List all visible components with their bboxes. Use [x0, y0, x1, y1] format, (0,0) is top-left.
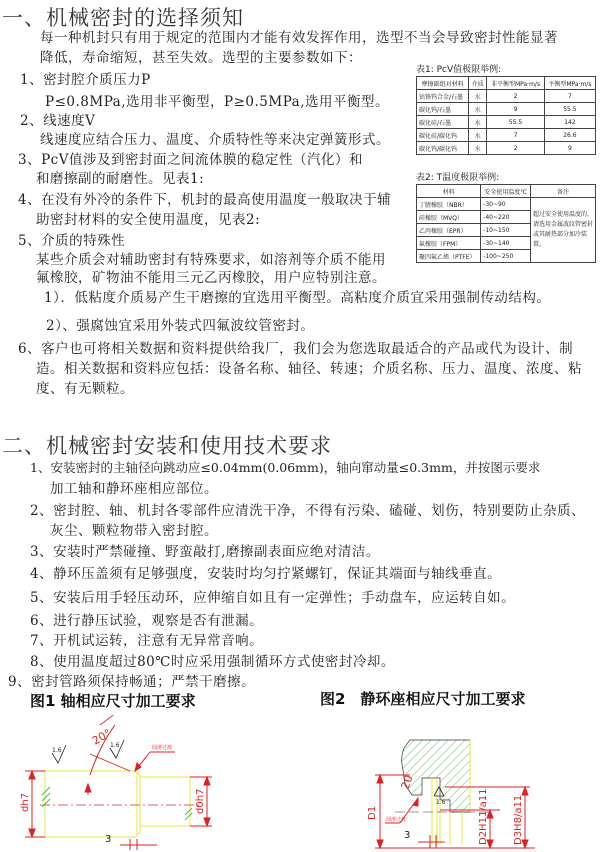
table-cell: 乙丙橡胶（EPR）	[417, 224, 481, 237]
table-cell: 7	[487, 129, 545, 142]
table-cell: 水	[469, 103, 487, 116]
table-cell: 水	[469, 116, 487, 129]
item2-title: 2、线速度V	[20, 113, 95, 129]
s2-item7: 7、开机试运转，注意有无异常音响。	[30, 633, 263, 649]
item5-title: 5、介质的特殊性	[18, 233, 125, 249]
item5-line-1: 某些介质会对辅助密封有特殊要求，如溶剂等介质不能用	[36, 252, 386, 268]
dim-d0h7: d0h7	[195, 789, 206, 814]
table-cell: 2	[487, 90, 545, 103]
table-cell: 9	[544, 142, 595, 155]
s2-item4: 4、静环压盖须有足够强度，安装时均匀拧紧螺钉，保证其端面与轴线垂直。	[30, 566, 501, 582]
dim-d3: D3H8/a11	[513, 795, 524, 845]
shaft-dimension-drawing: 20° 1.6 1.6 圆滑过渡 dh7 d0h7 3	[0, 715, 300, 852]
table-header: 备注	[531, 185, 596, 198]
s2-item3: 3、安装时严禁碰撞、野蛮敲打,磨擦副表面应绝对清洁。	[30, 544, 380, 560]
roughness-label: 1.6	[436, 799, 446, 806]
intro-line-2: 降低，寿命缩短，甚至失效。选型的主要参数如下：	[40, 50, 362, 66]
table-cell: 水	[469, 129, 487, 142]
table-row: 碳化硅/石墨 水 55.5 142	[417, 116, 596, 129]
table-header-row: 材料 安全使用温度℃ 备注	[417, 185, 596, 198]
table-row: 碳化硅/碳化钨 水 7 26.6	[417, 129, 596, 142]
smooth-transition-note: 圆滑过渡	[152, 744, 172, 751]
table-cell: -40~220	[481, 211, 531, 224]
table-header: 介质	[469, 77, 487, 90]
item4-line-2: 助密封材料的安全使用温度，见表2:	[36, 212, 260, 228]
table-header: 平衡型MPa·m/s	[544, 77, 595, 90]
figure2-title: 图2 静环座相应尺寸加工要求	[320, 688, 525, 709]
table-cell: 7	[544, 90, 595, 103]
table-row: 碳化钨/石墨 水 9 55.5	[417, 103, 596, 116]
dim-3: 3	[404, 830, 410, 841]
section2-heading: 二、机械密封安装和使用技术要求	[2, 430, 332, 460]
item4-line-1: 4、在没有外冷的条件下，机封的最高使用温度一般取决于辅	[18, 192, 391, 208]
table-cell: 55.5	[487, 116, 545, 129]
table-row: 碳化钨/碳化钨 水 2 9	[417, 142, 596, 155]
s2-item9: 9、密封管路须保持畅通；严禁干磨擦。	[8, 674, 255, 690]
table-cell: 碳化硅/石墨	[417, 116, 469, 129]
item5-sub-1: 1）．低粘度介质易产生干磨擦的宜选用平衡型。高粘度介质宜采用强制传动结构。	[44, 290, 550, 306]
table-cell: 55.5	[544, 103, 595, 116]
table-cell: 2	[487, 142, 545, 155]
table-header: 材料	[417, 185, 481, 198]
s2-item1-line-2: 加工轴和静环座相应部位。	[50, 481, 218, 497]
table-cell: 丁腈橡胶（NBR）	[417, 198, 481, 211]
table-cell: 142	[544, 116, 595, 129]
intro-line-1: 每一种机封只有用于规定的范围内才能有效发挥作用，选型不当会导致密封性能显著	[40, 30, 558, 46]
table-cell: -100~250	[481, 250, 531, 263]
table-header: 非平衡型MPa·m/s	[487, 77, 545, 90]
table-note: 超过安全使用温度的，请选用金属波纹管密封或其耐热部分加冷装置。	[531, 198, 596, 263]
section1-heading: 一、机械密封的选择须知	[2, 2, 244, 32]
roughness-label: 1.6	[110, 742, 120, 749]
item3-line-2: 和磨擦副的耐磨性。见表1:	[36, 171, 204, 187]
item2-text: 线速度应结合压力、温度、介质特性等来决定弹簧形式。	[40, 132, 390, 148]
table2-caption: 表2: T温度极限举例:	[416, 170, 499, 183]
item5-sub-2: 2）、强腐蚀宜采用外装式四氟波纹管密封。	[46, 318, 314, 334]
table-cell: 碳化硅/碳化钨	[417, 129, 469, 142]
s2-item8: 8、使用温度超过80℃时应采用强制循环方式使密封冷却。	[30, 654, 395, 670]
dim-d2: D2H11/a11	[478, 788, 489, 845]
table-cell: 氟橡胶（FPM）	[417, 237, 481, 250]
dim-dh7: dh7	[20, 793, 31, 812]
item3-line-1: 3、PcV值涉及到密封面之间流体膜的稳定性（汽化）和	[18, 152, 363, 168]
s2-item2-line-2: 灰尘、颗粒物带入密封腔。	[50, 523, 218, 539]
table-header: 安全使用温度℃	[481, 185, 531, 198]
table-cell: 水	[469, 142, 487, 155]
table-cell: -10~150	[481, 224, 531, 237]
roughness-label: 1.6	[52, 747, 62, 754]
pcv-limit-table: 摩擦副组对材料 介质 非平衡型MPa·m/s 平衡型MPa·m/s 钴铬钨合金/…	[416, 76, 596, 155]
table-cell: -30~90	[481, 198, 531, 211]
item6-line-3: 度、有无颗粒。	[36, 381, 134, 397]
table-cell: 水	[469, 90, 487, 103]
table-cell: 碳化钨/石墨	[417, 103, 469, 116]
table-cell: 碳化钨/碳化钨	[417, 142, 469, 155]
item1-title: 1、密封腔介质压力P	[20, 72, 151, 88]
temperature-limit-table: 材料 安全使用温度℃ 备注 丁腈橡胶（NBR） -30~90 超过安全使用温度的…	[416, 184, 596, 263]
dim-3: 3	[105, 834, 111, 845]
item6-line-1: 6、客户也可将相关数据和资料提供给我厂，我们会为您选取最适合的产品或代为设计、制	[18, 341, 573, 357]
figure1-title: 图1 轴相应尺寸加工要求	[30, 690, 196, 711]
table-header-row: 摩擦副组对材料 介质 非平衡型MPa·m/s 平衡型MPa·m/s	[417, 77, 596, 90]
s2-item5: 5、安装后用手轻压动环，应伸缩自如且有一定弹性；手动盘车，应运转自如。	[30, 590, 515, 606]
s2-item2-line-1: 2、密封腔、轴、机封各零部件应清洗干净，不得有污染、磕碰、划伤，特别要防止杂质、	[30, 503, 585, 519]
table1-caption: 表1: PcV值极限举例:	[416, 62, 501, 75]
item1-text: P≤0.8MPa,选用非平衡型，P≥0.5MPa,选用平衡型。	[45, 94, 389, 110]
seal-seat-dimension-drawing: 20 1.6 圆滑过渡 D1 D2H11/a11 D3H8/a11 3	[300, 715, 600, 852]
table-cell: 9	[487, 103, 545, 116]
table-row: 丁腈橡胶（NBR） -30~90 超过安全使用温度的，请选用金属波纹管密封或其耐…	[417, 198, 596, 211]
table-header: 摩擦副组对材料	[417, 77, 469, 90]
smooth-transition-note: 圆滑过渡	[386, 816, 406, 823]
dim-d1: D1	[367, 806, 378, 820]
table-cell: 硅橡胶（MVQ）	[417, 211, 481, 224]
s2-item6: 6、进行静压试验，观察是否有泄漏。	[30, 613, 263, 629]
s2-item1-line-1: 1、安装密封的主轴径向跳动应≤0.04mm(0.06mm)，轴向窜动量≤0.3m…	[30, 460, 540, 476]
table-cell: 26.6	[544, 129, 595, 142]
table-cell: 聚四氟乙烯（PTFE）	[417, 250, 481, 263]
item5-line-2: 氟橡胶，矿物油不能用三元乙丙橡胶，用户应特别注意。	[36, 270, 386, 286]
table-cell: 钴铬钨合金/石墨	[417, 90, 469, 103]
table-cell: -30~140	[481, 237, 531, 250]
table-row: 钴铬钨合金/石墨 水 2 7	[417, 90, 596, 103]
item6-line-2: 造。相关数据和资料应包括：设备名称、轴径、转速；介质名称、压力、温度、浓度、粘	[36, 361, 582, 377]
